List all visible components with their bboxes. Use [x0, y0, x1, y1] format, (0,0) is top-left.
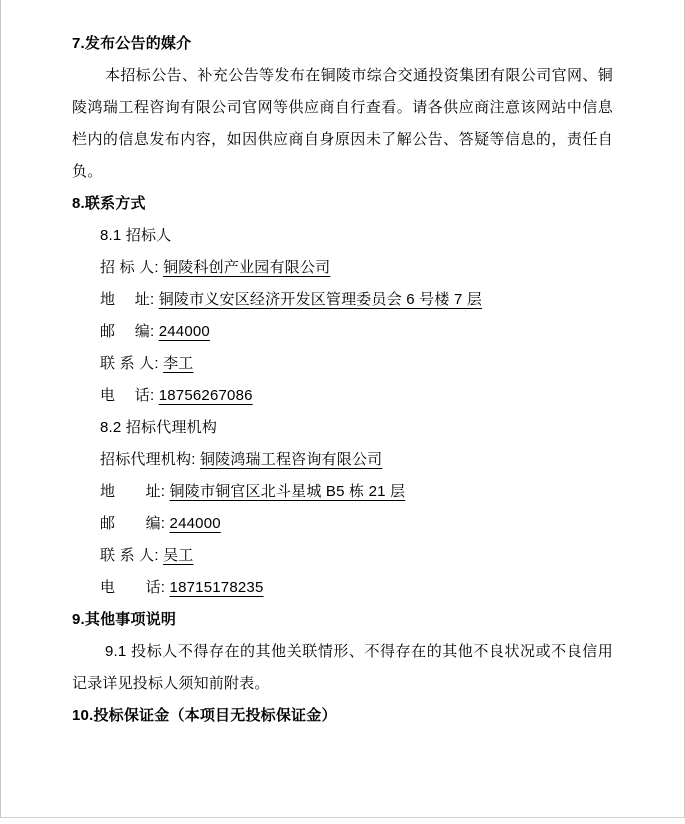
document-page: 7.发布公告的媒介 本招标公告、补充公告等发布在铜陵市综合交通投资集团有限公司官…	[0, 0, 685, 818]
tenderer-address-label: 地 址:	[100, 291, 159, 308]
section-7-heading: 7.发布公告的媒介	[72, 28, 613, 60]
agency-postcode-value: 244000	[170, 515, 221, 532]
tenderer-phone-label: 电 话:	[100, 387, 159, 404]
agency-phone-value: 18715178235	[170, 579, 264, 596]
section-8-2-subheading: 8.2 招标代理机构	[72, 412, 613, 444]
agency-phone-row: 电 话: 18715178235	[72, 572, 613, 604]
agency-name-value: 铜陵鸿瑞工程咨询有限公司	[200, 451, 382, 468]
agency-contact-value: 吴工	[163, 547, 193, 564]
tenderer-contact-value: 李工	[163, 355, 193, 372]
agency-phone-label: 电 话:	[100, 579, 170, 596]
agency-address-value: 铜陵市铜官区北斗星城 B5 栋 21 层	[170, 483, 406, 500]
tenderer-phone-value: 18756267086	[159, 387, 253, 404]
agency-address-label: 地 址:	[100, 483, 170, 500]
section-9-heading: 9.其他事项说明	[72, 604, 613, 636]
document-viewport: 7.发布公告的媒介 本招标公告、补充公告等发布在铜陵市综合交通投资集团有限公司官…	[0, 0, 685, 824]
agency-postcode-label: 邮 编:	[100, 515, 170, 532]
section-8-1-subheading: 8.1 招标人	[72, 220, 613, 252]
section-8-heading: 8.联系方式	[72, 188, 613, 220]
section-10-heading: 10.投标保证金（本项目无投标保证金）	[72, 700, 613, 732]
tenderer-name-label: 招 标 人:	[100, 259, 163, 276]
tenderer-address-value: 铜陵市义安区经济开发区管理委员会 6 号楼 7 层	[159, 291, 482, 308]
agency-address-row: 地 址: 铜陵市铜官区北斗星城 B5 栋 21 层	[72, 476, 613, 508]
tenderer-contact-label: 联 系 人:	[100, 355, 163, 372]
section-9-paragraph: 9.1 投标人不得存在的其他关联情形、不得存在的其他不良状况或不良信用记录详见投…	[72, 636, 613, 700]
tenderer-name-row: 招 标 人: 铜陵科创产业园有限公司	[72, 252, 613, 284]
agency-name-label: 招标代理机构:	[100, 451, 200, 468]
section-7-paragraph: 本招标公告、补充公告等发布在铜陵市综合交通投资集团有限公司官网、铜陵鸿瑞工程咨询…	[72, 60, 613, 188]
tenderer-postcode-label: 邮 编:	[100, 323, 159, 340]
tenderer-postcode-value: 244000	[159, 323, 210, 340]
tenderer-name-value: 铜陵科创产业园有限公司	[163, 259, 330, 276]
tenderer-address-row: 地 址: 铜陵市义安区经济开发区管理委员会 6 号楼 7 层	[72, 284, 613, 316]
document-content: 7.发布公告的媒介 本招标公告、补充公告等发布在铜陵市综合交通投资集团有限公司官…	[1, 0, 684, 732]
agency-contact-row: 联 系 人: 吴工	[72, 540, 613, 572]
tenderer-contact-row: 联 系 人: 李工	[72, 348, 613, 380]
agency-name-row: 招标代理机构: 铜陵鸿瑞工程咨询有限公司	[72, 444, 613, 476]
agency-contact-label: 联 系 人:	[100, 547, 163, 564]
agency-postcode-row: 邮 编: 244000	[72, 508, 613, 540]
tenderer-postcode-row: 邮 编: 244000	[72, 316, 613, 348]
tenderer-phone-row: 电 话: 18756267086	[72, 380, 613, 412]
